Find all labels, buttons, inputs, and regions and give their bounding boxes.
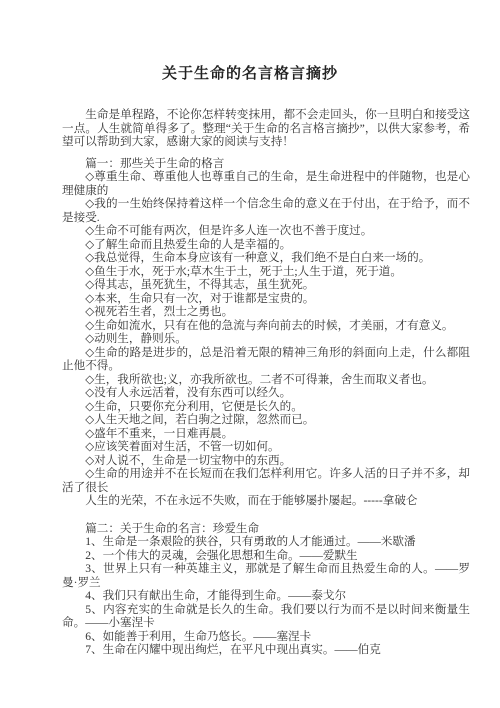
quote-line: ◇得其志，虽死犹生，不得其志，虽生犹死。 xyxy=(62,278,470,292)
quote-line: ◇鱼生于水，死于水;草木生于土，死于土;人生于道，死于道。 xyxy=(62,265,470,279)
quote-line: ◇我的一生始终保持着这样一个信念生命的意义在于付出，在于给予，而不是接受. xyxy=(62,197,470,224)
quote-line: ◇我总觉得，生命本身应该有一种意义，我们绝不是白白来一场的。 xyxy=(62,251,470,265)
document-page: 关于生命的名言格言摘抄 生命是单程路，不论你怎样转变抹用，都不会走回头，你一旦明… xyxy=(0,0,500,708)
quote-line: ◇动则生，静则乐。 xyxy=(62,332,470,346)
quote-line: ◇没有人永远活着，没有东西可以经久。 xyxy=(62,386,470,400)
quote-line: ◇尊重生命、尊重他人也尊重自己的生命，是生命进程中的伴随物，也是心理健康的 xyxy=(62,170,470,197)
quote-line: 7、生命在闪耀中现出绚烂，在平凡中现出真实。——伯克 xyxy=(62,643,470,657)
quote-line: ◇生，我所欲也;义，亦我所欲也。二者不可得兼，舍生而取义者也。 xyxy=(62,373,470,387)
quote-line: ◇盛年不重来，一日难再晨。 xyxy=(62,427,470,441)
quote-line: ◇本来，生命只有一次，对于谁都是宝贵的。 xyxy=(62,292,470,306)
quote-line: 4、我们只有献出生命，才能得到生命。——泰戈尔 xyxy=(62,589,470,603)
quote-line: 3、世界上只有一种英雄主义，那就是了解生命而且热爱生命的人。——罗曼·罗兰 xyxy=(62,562,470,589)
quote-line: ◇生命的路是进步的，总是沿着无限的精神三角形的斜面向上走，什么都阻止他不得。 xyxy=(62,346,470,373)
quote-line: 2、一个伟大的灵魂，会强化思想和生命。——爱默生 xyxy=(62,549,470,563)
document-title: 关于生命的名言格言摘抄 xyxy=(0,66,500,83)
quote-line: ◇对人说不，生命是一切宝物中的东西。 xyxy=(62,454,470,468)
quote-line: ◇视死若生者，烈士之勇也。 xyxy=(62,305,470,319)
quote-line: ◇生命不可能有两次，但是许多人连一次也不善于度过。 xyxy=(62,224,470,238)
quote-line: 6、如能善于利用，生命乃悠长。——塞涅卡 xyxy=(62,630,470,644)
quote-line: 1、生命是一条艰险的狭谷，只有勇敢的人才能通过。——米歇潘 xyxy=(62,535,470,549)
section2-heading: 篇二：关于生命的名言：珍爱生命 xyxy=(62,522,470,536)
section1-heading: 篇一：那些关于生命的格言 xyxy=(62,157,470,171)
quote-line: ◇生命如流水，只有在他的急流与奔向前去的时候，才美丽，才有意义。 xyxy=(62,319,470,333)
quote-line: ◇人生天地之间，若白驹之过隙，忽然而已。 xyxy=(62,413,470,427)
quote-line: ◇生命，只要你充分利用，它便是长久的。 xyxy=(62,400,470,414)
quote-line: 5、内容充实的生命就是长久的生命。我们要以行为而不是以时间来衡量生命。——小塞涅… xyxy=(62,603,470,630)
quote-line: 人生的光荣，不在永远不失败，而在于能够屡扑屡起。-----拿破仑 xyxy=(62,494,470,508)
intro-paragraph: 生命是单程路，不论你怎样转变抹用，都不会走回头，你一旦明白和接受这一点。人生就简… xyxy=(62,108,470,149)
quote-line: ◇应该笑着面对生活，不管一切如何。 xyxy=(62,440,470,454)
quote-line: ◇了解生命而且热爱生命的人是幸福的。 xyxy=(62,238,470,252)
quote-line: ◇生命的用途并不在长短而在我们怎样利用它。许多人活的日子并不多，却活了很长 xyxy=(62,467,470,494)
